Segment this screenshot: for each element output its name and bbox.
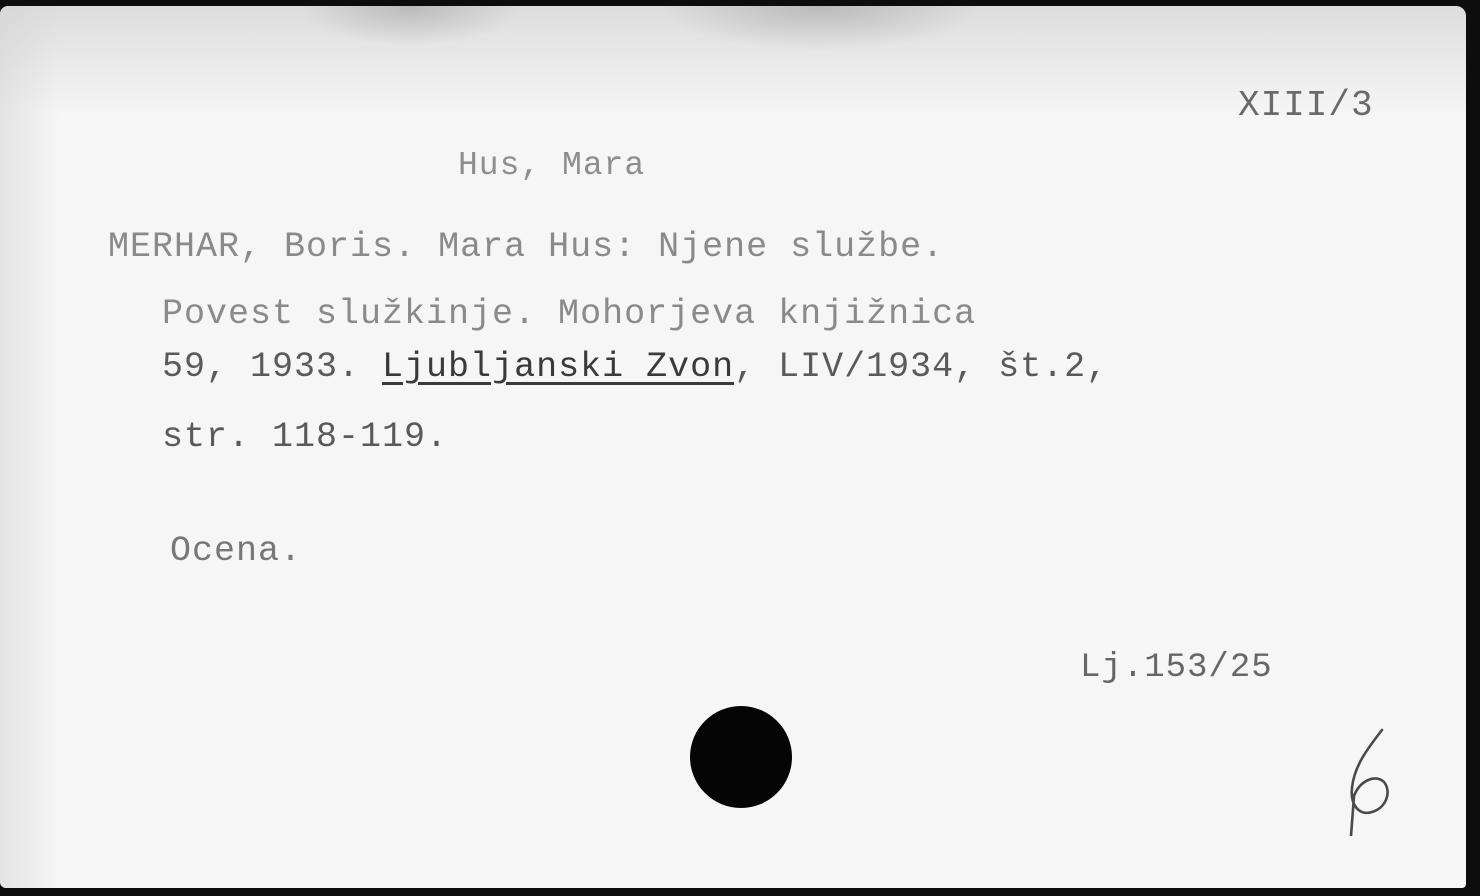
- journal-details: , LIV/1934, št.2,: [734, 347, 1108, 387]
- series-year: 59, 1933.: [162, 347, 360, 387]
- punch-hole-icon: [690, 706, 792, 808]
- entry-line-1: MERHAR, Boris. Mara Hus: Njene službe.: [108, 230, 944, 265]
- entry-line-2: Povest služkinje. Mohorjeva knjižnica: [162, 297, 976, 332]
- location-code: Lj.153/25: [1080, 651, 1273, 685]
- subject-heading: Hus, Mara: [458, 149, 645, 182]
- journal-title: Ljubljanski Zvon: [382, 347, 734, 387]
- handwritten-six-icon: 6: [1340, 726, 1400, 836]
- note: Ocena.: [170, 534, 302, 569]
- entry-line-3: 59, 1933. Ljubljanski Zvon, LIV/1934, št…: [162, 350, 1108, 385]
- title: Mara Hus: Njene službe.: [438, 227, 944, 267]
- author-name: MERHAR, Boris.: [108, 227, 416, 267]
- catalog-card: XIII/3 Hus, Mara MERHAR, Boris. Mara Hus…: [0, 6, 1466, 888]
- paper-shading-left: [0, 6, 60, 888]
- call-number: XIII/3: [1238, 88, 1374, 124]
- entry-line-4: str. 118-119.: [162, 420, 448, 455]
